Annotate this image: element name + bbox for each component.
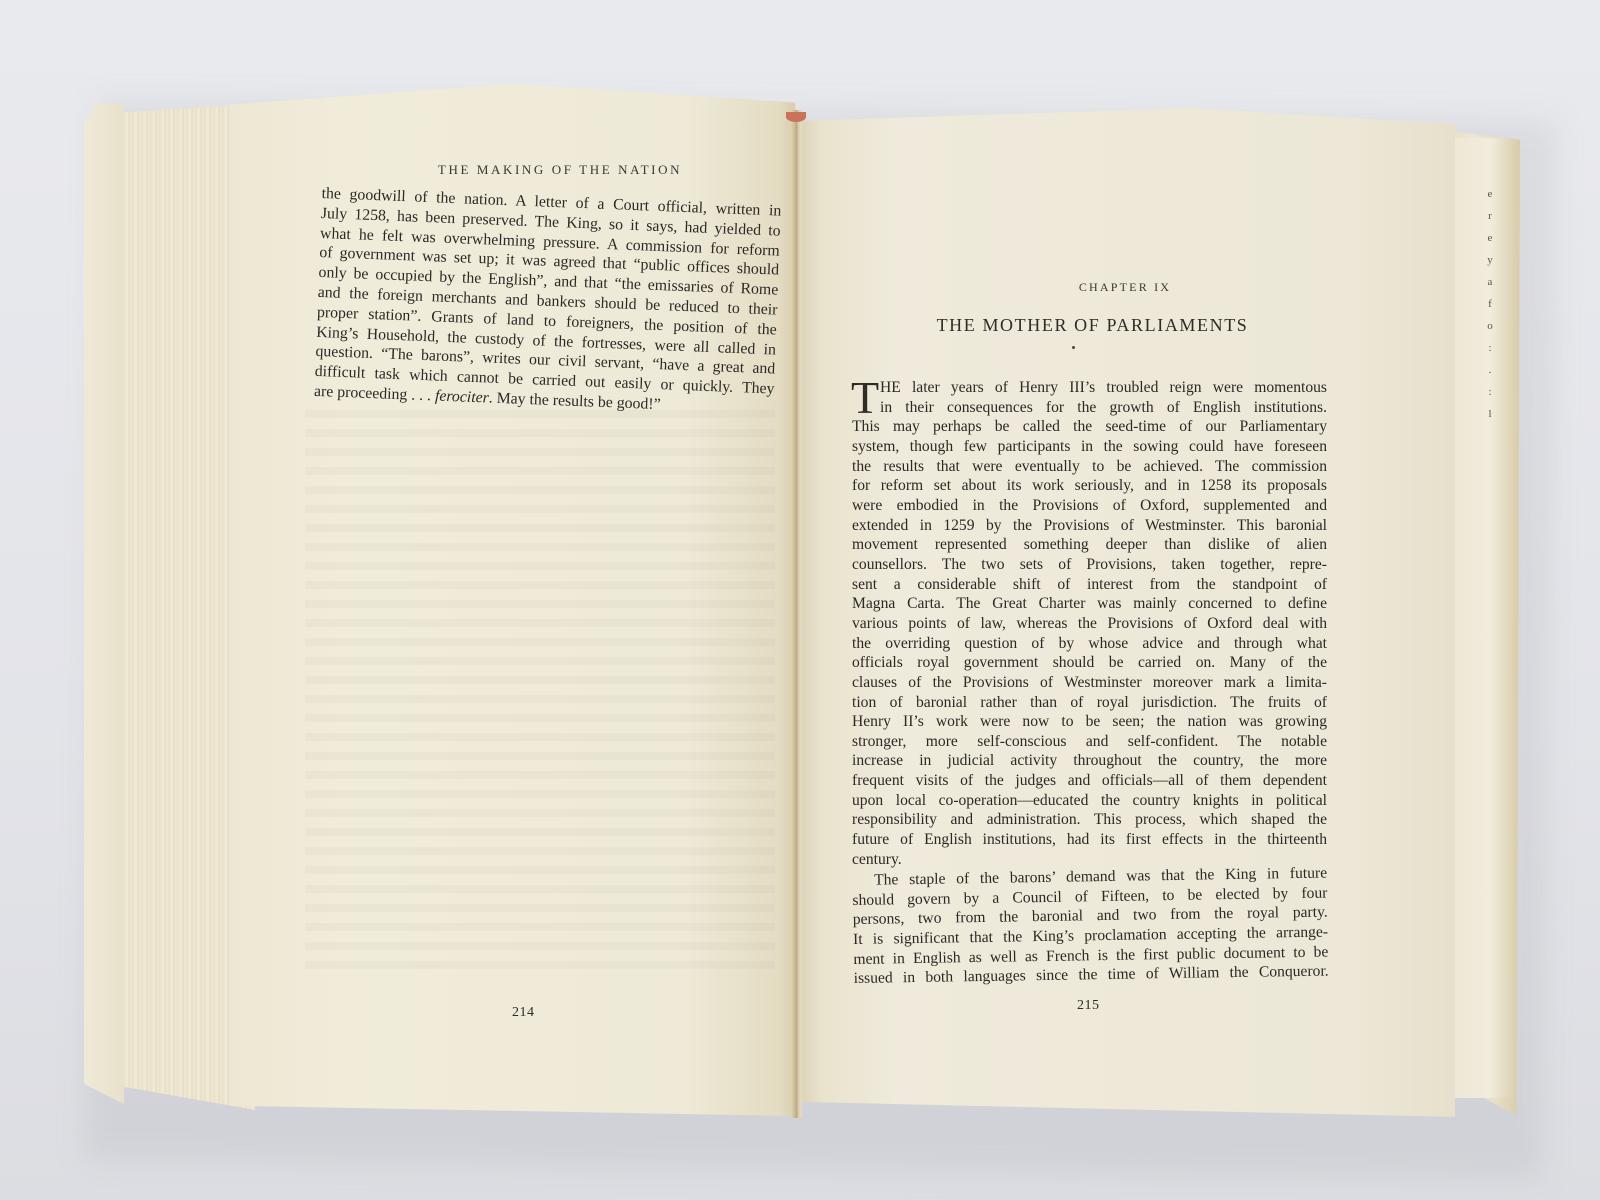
right-page-text: HE later years of Henry III’s troubled r… (852, 378, 1327, 989)
text-line: movement represented something deeper th… (852, 535, 1327, 555)
edge-letter: e (1484, 227, 1496, 249)
edge-letter: f (1484, 293, 1496, 315)
photo-scene: THE MAKING OF THE NATION the goodwill of… (0, 0, 1600, 1200)
text-line: Henry II’s work were now to be seen; the… (852, 712, 1327, 732)
edge-letter: : (1484, 337, 1496, 359)
edge-letter: a (1484, 271, 1496, 293)
text-line: increase in judicial activity throughout… (852, 751, 1327, 771)
edge-letter: y (1484, 249, 1496, 271)
text-line: various points of law, whereas the Provi… (852, 614, 1327, 634)
chapter-title: THE MOTHER OF PARLIAMENTS (920, 315, 1265, 336)
edge-letter: . (1484, 359, 1496, 381)
paragraph-2: The staple of the barons’ demand was tha… (852, 864, 1329, 989)
page-number-left: 214 (512, 1005, 535, 1021)
text-line: clauses of the Provisions of Westminster… (852, 673, 1327, 693)
text-line: system, though few participants in the s… (852, 437, 1327, 457)
text-line: stronger, more self-conscious and self-c… (852, 732, 1327, 752)
edge-letter: : (1484, 381, 1496, 403)
text-line: tion of baronial rather than of royal ju… (852, 693, 1327, 713)
left-cover-edge (84, 104, 124, 1104)
page-number-right: 215 (1077, 998, 1100, 1014)
edge-letter: l (1484, 403, 1496, 425)
text-line: Magna Carta. The Great Charter was mainl… (852, 594, 1327, 614)
text-line: frequent visits of the judges and offici… (852, 771, 1327, 791)
fore-edge-show-through: e r e y a f o : . : l (1484, 183, 1496, 425)
text-line: HE later years of Henry III’s troubled r… (852, 378, 1327, 398)
edge-letter: o (1484, 315, 1496, 337)
text-line: responsibility and administration. This … (852, 810, 1327, 830)
text-line: the overriding question of by whose advi… (852, 634, 1327, 654)
edge-letter: e (1484, 183, 1496, 205)
chapter-label: CHAPTER IX (1040, 280, 1210, 295)
text-line: This may perhaps be called the seed-time… (852, 417, 1327, 437)
ornament-dot (1072, 346, 1075, 349)
italic-word: ferociter (435, 387, 489, 406)
text-line: extended in 1259 by the Provisions of We… (852, 516, 1327, 536)
left-page-text: the goodwill of the nation. A letter of … (314, 184, 782, 419)
text-line: future of English institutions, had its … (852, 830, 1327, 850)
text-line: officials royal government should be car… (852, 653, 1327, 673)
text-fragment: are proceeding . . . (314, 383, 436, 405)
text-line: were embodied in the Provisions of Oxfor… (852, 496, 1327, 516)
text-line: counsellors. The two sets of Provisions,… (852, 555, 1327, 575)
text-line: sent a considerable shift of interest fr… (852, 575, 1327, 595)
book-gutter (790, 110, 802, 1118)
show-through-text (305, 410, 775, 970)
edge-letter: r (1484, 205, 1496, 227)
text-line: upon local co-operation—educated the cou… (852, 791, 1327, 811)
running-head: THE MAKING OF THE NATION (430, 162, 690, 178)
headband (786, 112, 806, 122)
text-line: for reform set about its work seriously,… (852, 476, 1327, 496)
text-line: the results that were eventually to be a… (852, 457, 1327, 477)
text-line: in their consequences for the growth of … (852, 398, 1327, 418)
